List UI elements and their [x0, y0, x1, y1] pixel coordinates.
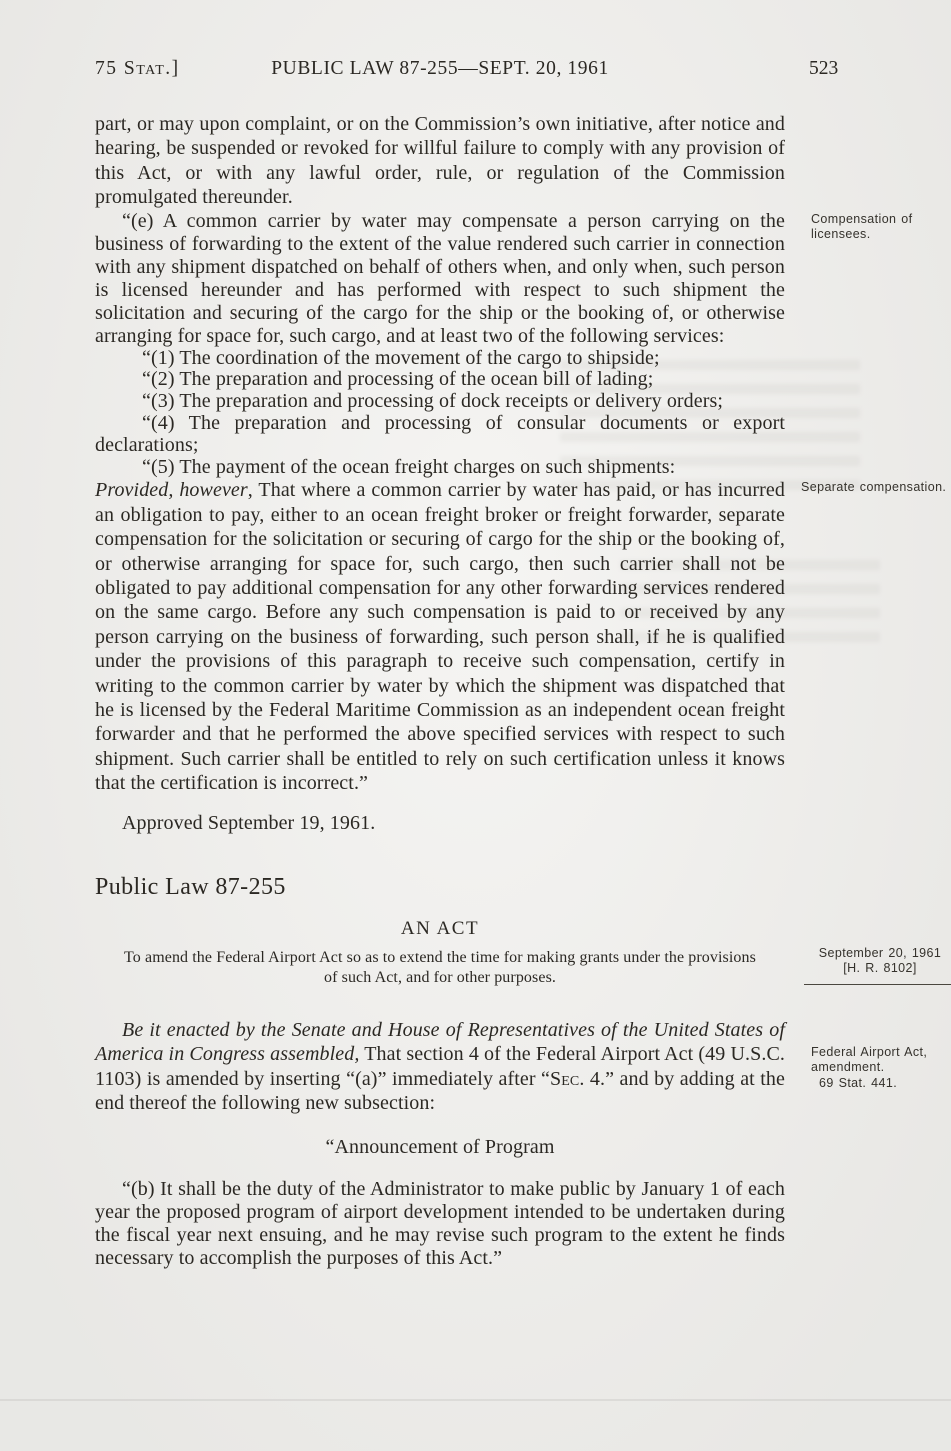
- section-heading-announcement: “Announcement of Program: [95, 1135, 785, 1159]
- approved-text: Approved September 19, 1961.: [122, 812, 375, 834]
- section-heading-text: “Announcement of Program: [325, 1136, 554, 1158]
- list-item-text: “(3) The preparation and processing of d…: [142, 390, 723, 412]
- paragraph-text: “(b) It shall be the duty of the Adminis…: [95, 1178, 785, 1269]
- law-title: Public Law 87-255: [95, 875, 785, 899]
- proviso-text: , That where a common carrier by water h…: [95, 479, 785, 794]
- margin-act-text: Federal Airport Act, amendment.: [811, 1045, 927, 1075]
- margin-note-separate-compensation: Separate compensation.: [801, 480, 947, 496]
- approved-line: Approved September 19, 1961.: [95, 811, 785, 835]
- margin-citation-text: 69 Stat. 441.: [811, 1076, 951, 1092]
- body-paragraph-continuation: part, or may upon complaint, or on the C…: [95, 112, 785, 210]
- proviso-paragraph: Provided, however, That where a common c…: [95, 478, 785, 795]
- margin-note-act-amendment: Federal Airport Act, amendment.69 Stat. …: [801, 1045, 951, 1092]
- act-subtitle: To amend the Federal Airport Act so as t…: [120, 948, 760, 988]
- statute-page: 75 Stat.] PUBLIC LAW 87-255—SEPT. 20, 19…: [0, 0, 951, 1451]
- law-title-text: Public Law 87-255: [95, 874, 286, 900]
- list-item-3: “(3) The preparation and processing of d…: [95, 391, 785, 413]
- margin-date-text: September 20, 1961: [804, 946, 951, 962]
- margin-bill-number: [H. R. 8102]: [804, 961, 951, 977]
- list-item-text: “(1) The coordination of the movement of…: [142, 347, 660, 369]
- list-item-1: “(1) The coordination of the movement of…: [95, 348, 785, 370]
- margin-note-compensation: Compensation of licensees.: [801, 212, 951, 243]
- proviso-lead-text: Provided, however: [95, 479, 248, 501]
- list-item-text: “(5) The payment of the ocean freight ch…: [142, 456, 675, 478]
- list-item-5: “(5) The payment of the ocean freight ch…: [95, 457, 785, 479]
- scan-artifact: [0, 1399, 951, 1401]
- margin-note-date: September 20, 1961 [H. R. 8102]: [804, 946, 951, 985]
- paragraph-text: “(e) A common carrier by water may compe…: [95, 210, 785, 347]
- paragraph-text: part, or may upon complaint, or on the C…: [95, 113, 785, 208]
- page-header: 75 Stat.] PUBLIC LAW 87-255—SEPT. 20, 19…: [95, 58, 785, 84]
- enacting-section-ref: Sec. 4.: [550, 1068, 605, 1090]
- body-paragraph-e: “(e) A common carrier by water may compe…: [95, 210, 785, 348]
- list-item-text: “(4) The preparation and processing of c…: [95, 412, 785, 456]
- text-column: part, or may upon complaint, or on the C…: [95, 112, 785, 1270]
- list-item-2: “(2) The preparation and processing of t…: [95, 369, 785, 391]
- act-heading: AN ACT: [95, 917, 785, 941]
- act-subtitle-text: To amend the Federal Airport Act so as t…: [124, 949, 756, 986]
- list-item-4: “(4) The preparation and processing of c…: [95, 413, 785, 457]
- body-paragraph-b: “(b) It shall be the duty of the Adminis…: [95, 1178, 785, 1270]
- enacting-clause: Be it enacted by the Senate and House of…: [95, 1018, 785, 1116]
- act-heading-text: AN ACT: [401, 918, 479, 939]
- list-item-text: “(2) The preparation and processing of t…: [142, 368, 653, 390]
- page-number: 523: [809, 58, 838, 80]
- running-title: PUBLIC LAW 87-255—SEPT. 20, 1961: [95, 58, 785, 80]
- statute-volume-label: 75 Stat.]: [95, 58, 180, 80]
